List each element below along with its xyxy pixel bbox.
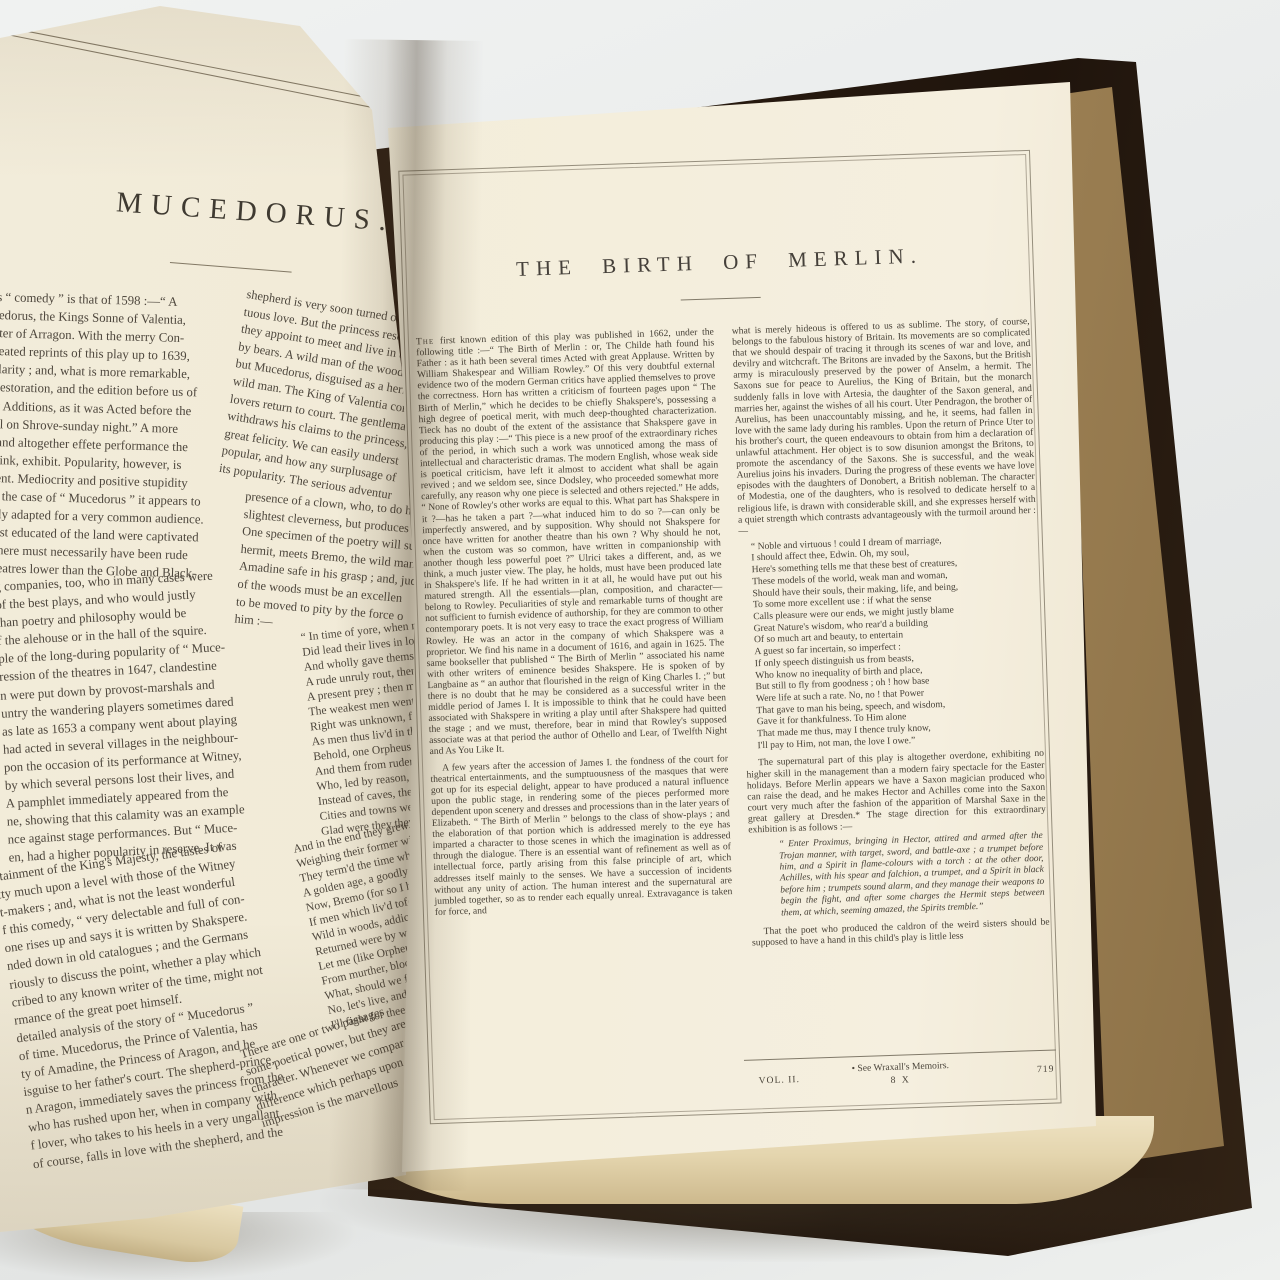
right-column-2: what is merely hideous is offered to us … (732, 316, 1051, 954)
verse-quotation: “ Noble and virtuous ! could I dream of … (751, 532, 1044, 752)
right-page-content: THE BIRTH OF MERLIN. The first known edi… (386, 135, 1078, 1142)
page-number: 719 (1037, 1064, 1055, 1076)
paragraph: A few years after the accession of James… (430, 753, 733, 918)
book-photo: { "scene": { "background_color": "#eaece… (0, 0, 1280, 1280)
stage-direction: “ Enter Proximus, bringing in Hector, at… (779, 831, 1046, 920)
lead-word: The (416, 336, 440, 348)
paragraph: what is merely hideous is offered to us … (732, 316, 1037, 537)
left-page-title: MUCEDORUS. (115, 186, 396, 238)
paragraph-text: first known edition of this play was pub… (416, 326, 727, 757)
left-page-title-rule (170, 262, 292, 273)
left-page-top-rule-2 (0, 31, 404, 115)
paragraph: The supernatural part of this play is al… (746, 748, 1046, 835)
right-column-1: The first known edition of this play was… (416, 326, 733, 922)
paragraph: The first known edition of this play was… (416, 326, 728, 757)
left-page-top-rule (0, 24, 404, 106)
paragraph: That the poet who produced the caldron o… (752, 917, 1051, 949)
